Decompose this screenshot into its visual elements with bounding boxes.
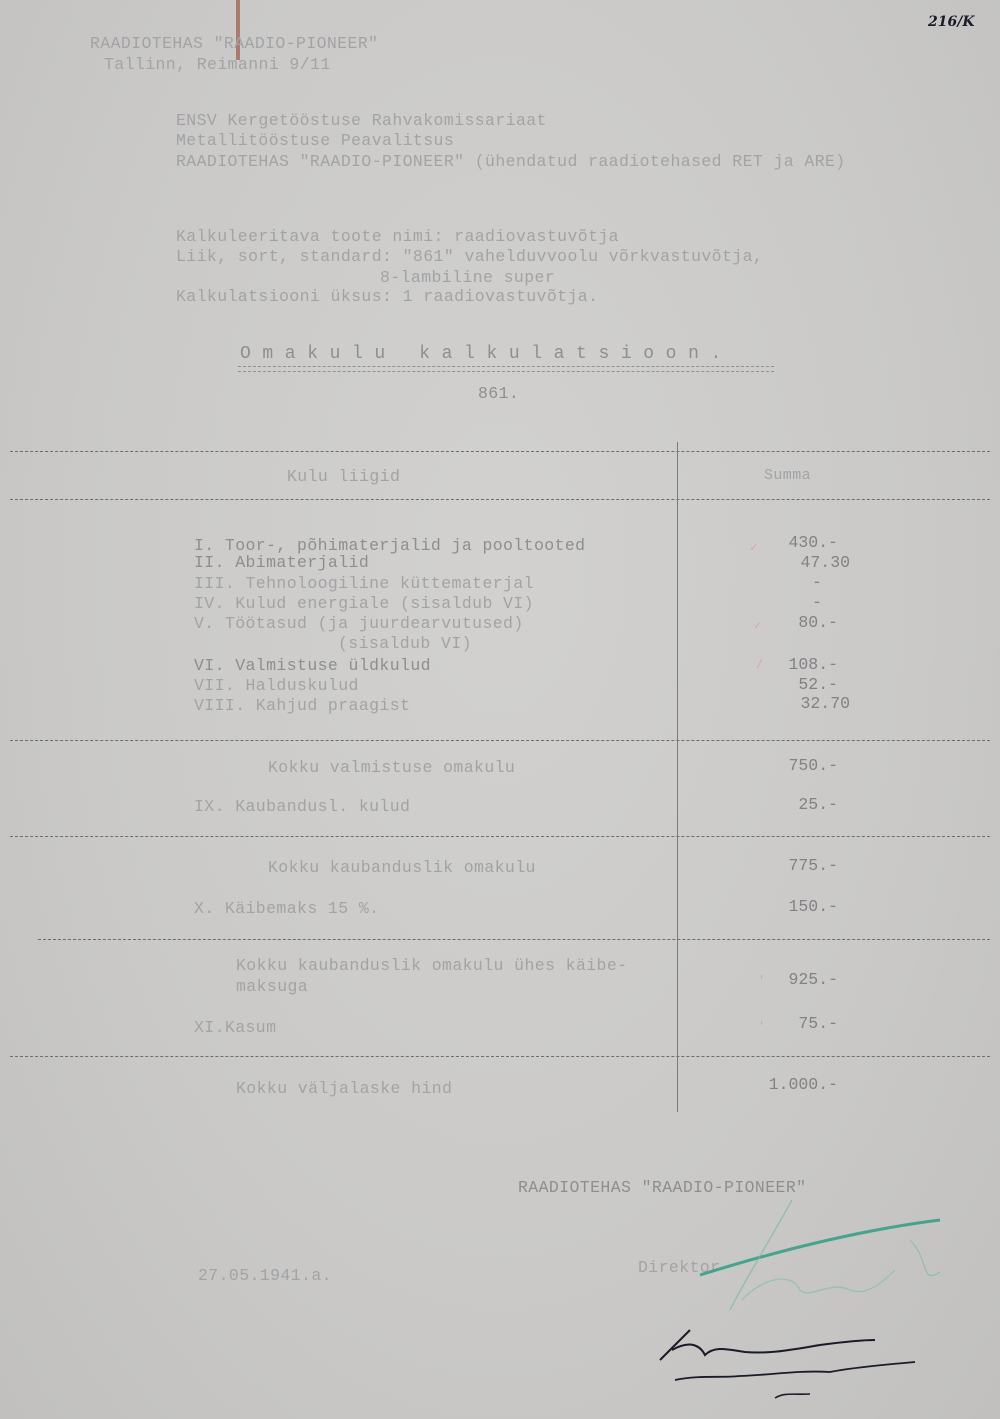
- handwritten-annotation-icon: [0, 0, 1000, 1419]
- document-page: 216/K RAADIOTEHAS "RAADIO-PIONEER" Talli…: [0, 0, 1000, 1419]
